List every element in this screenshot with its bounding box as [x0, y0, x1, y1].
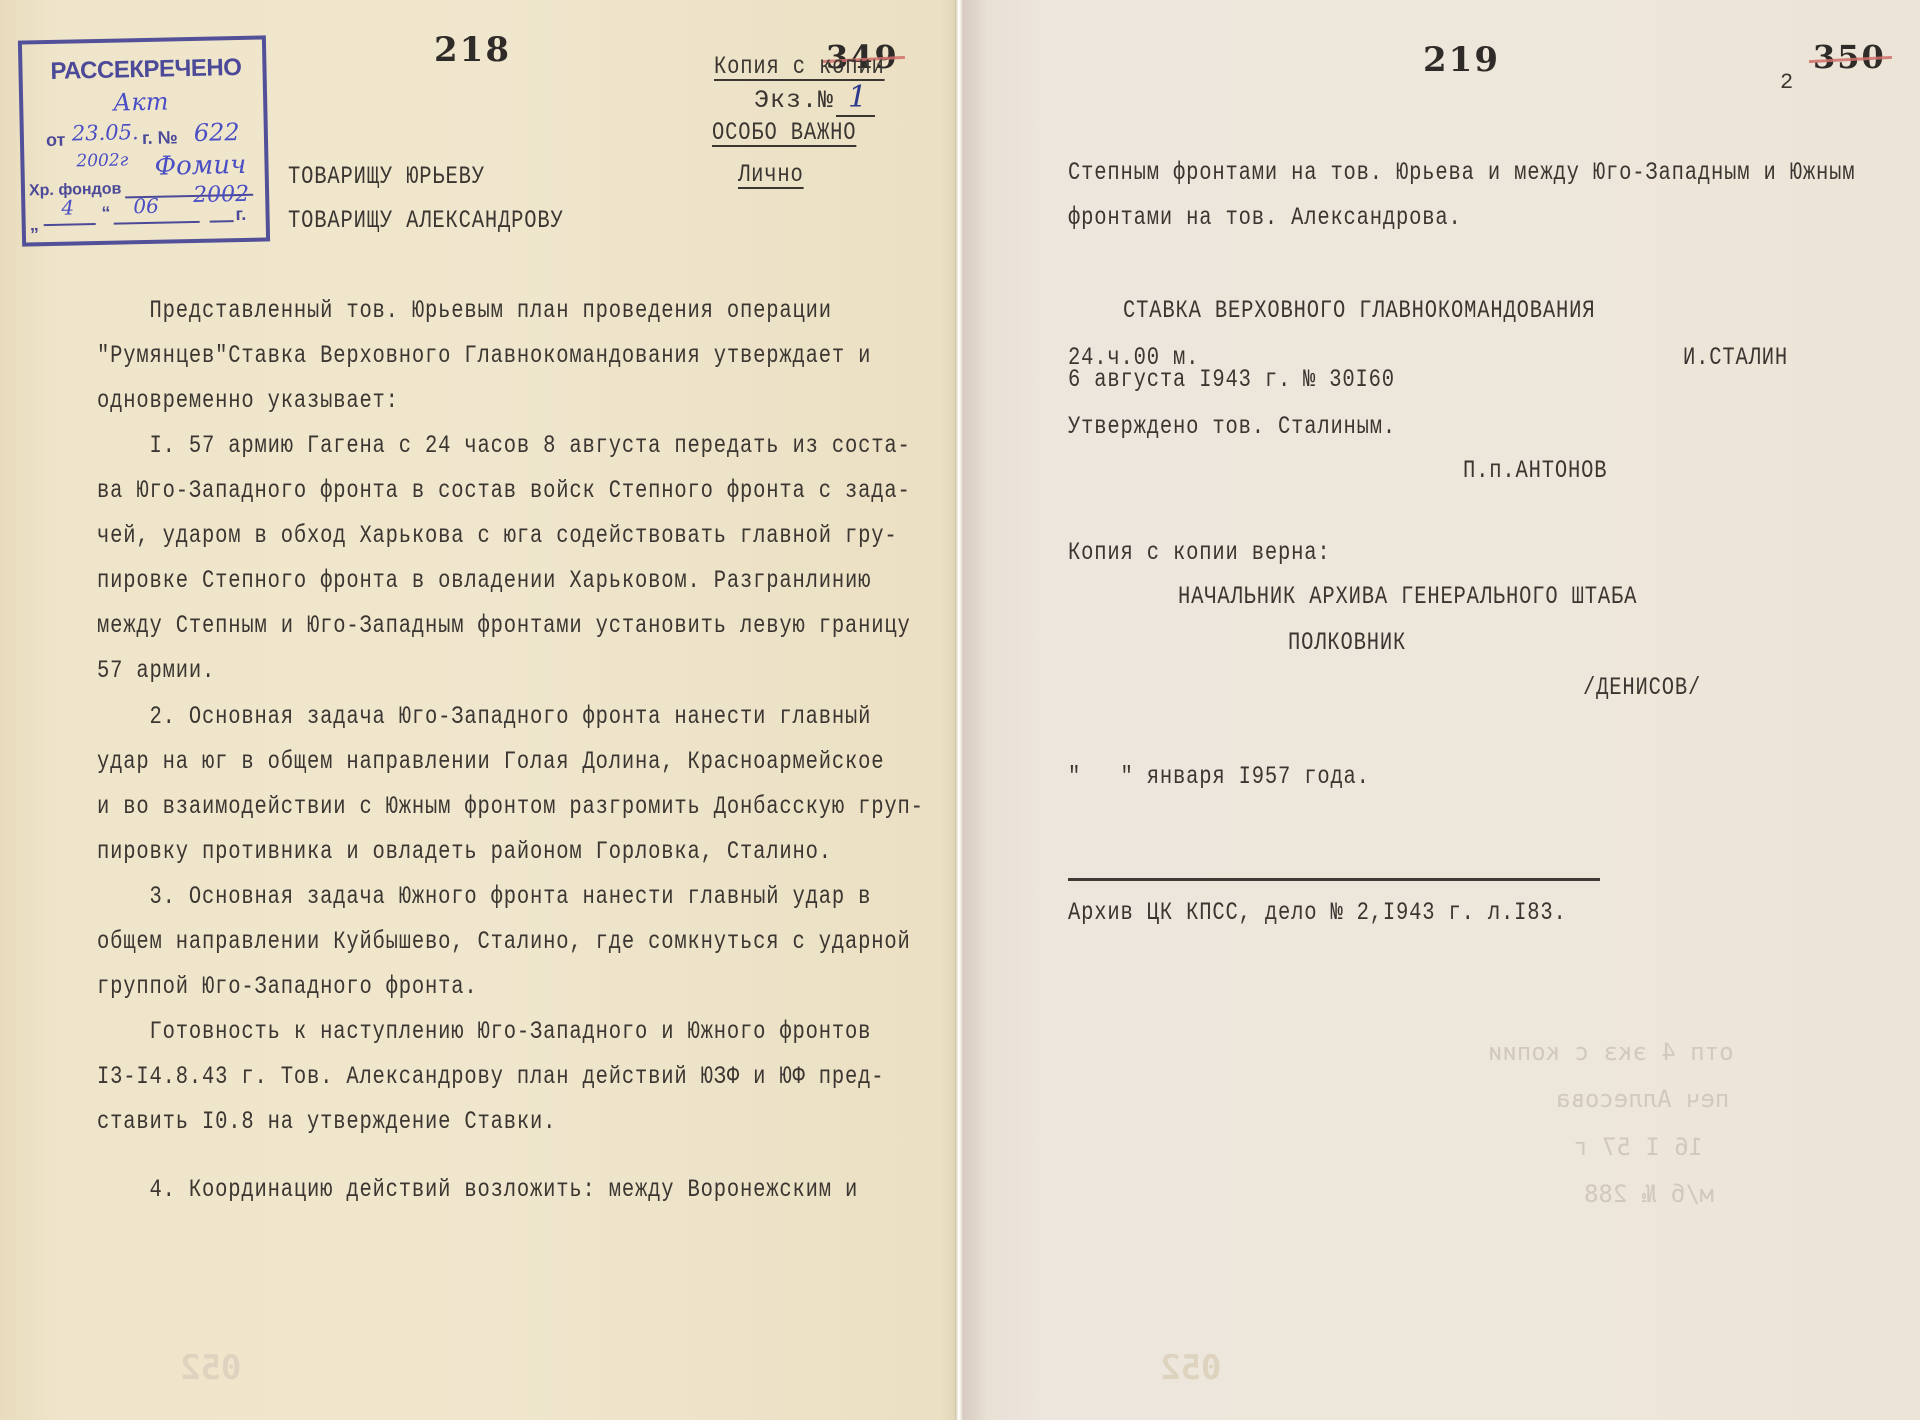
text-line: 3. Основная задача Южного фронта нанести… — [97, 882, 871, 911]
headquarters-title: СТАВКА ВЕРХОВНОГО ГЛАВНОКОМАНДОВАНИЯ — [1123, 296, 1595, 325]
stamp-year-handwritten: 2002г — [76, 150, 128, 171]
text-line: пировке Степного фронта в овладении Харь… — [97, 566, 871, 595]
text-line: чей, ударом в обход Харькова с юга содей… — [97, 521, 897, 550]
stamp-line — [210, 220, 234, 223]
sheet-number: 2 — [1780, 70, 1794, 95]
personal-label: Лично — [738, 160, 804, 189]
text-line: одновременно указывает: — [97, 386, 399, 415]
addressee-1: ТОВАРИЩУ ЮРЬЕВУ — [288, 162, 485, 191]
old-number-struck: 350 — [1813, 38, 1886, 76]
declassified-stamp: РАССЕКРЕЧЕНО Акт от 23.05. г. № 622 2002… — [18, 35, 270, 246]
text-line: Представленный тов. Юрьевым план проведе… — [97, 296, 832, 325]
bleed-through-text: м/б № 288 — [1584, 1180, 1714, 1208]
horizontal-rule — [1068, 878, 1600, 881]
stamp-act-handwritten: Акт — [113, 87, 169, 116]
bleed-through-text: печ Аллесова — [1556, 1085, 1729, 1113]
copy-number-row: Экз.№ 1 — [754, 86, 834, 115]
stamp-quote-close: “ — [101, 203, 110, 224]
page-gutter — [955, 0, 963, 1420]
archive-chief-title: НАЧАЛЬНИК АРХИВА ГЕНЕРАЛЬНОГО ШТАБА — [1178, 582, 1637, 611]
stamp-year-suffix: г. — [235, 204, 246, 225]
text-line: Готовность к наступлению Юго-Западного и… — [97, 1017, 871, 1046]
stamp-line — [44, 223, 96, 226]
left-page: РАССЕКРЕЧЕНО Акт от 23.05. г. № 622 2002… — [0, 0, 955, 1420]
date-line: 6 августа I943 г. — [1068, 365, 1291, 394]
text-line: пировку противника и овладеть районом Го… — [97, 837, 832, 866]
stamp-line — [114, 221, 200, 225]
stamp-title: РАССЕКРЕЧЕНО — [50, 54, 241, 86]
text-line: удар на юг в общем направлении Голая Дол… — [97, 747, 884, 776]
stamp-from-date: 23.05. — [72, 120, 139, 145]
page-number: 219 — [1423, 40, 1500, 80]
rank: ПОЛКОВНИК — [1288, 628, 1406, 657]
approved-line: Утверждено тов. Сталиным. — [1068, 412, 1396, 441]
stamp-day: 4 — [61, 195, 74, 219]
right-page: 219 2 350 Степным фронтами на тов. Юрьев… — [963, 0, 1920, 1420]
archive-reference: Архив ЦК КПСС, дело № 2,I943 г. л.I83. — [1068, 898, 1567, 927]
stamp-act-number: 622 — [194, 118, 240, 147]
text-line: и во взаимодействии с Южным фронтом разг… — [97, 792, 924, 821]
text-line: "Румянцев"Ставка Верховного Главнокоманд… — [97, 341, 871, 370]
text-line: 4. Координацию действий возложить: между… — [97, 1175, 858, 1204]
certification-date: " " января I957 года. — [1068, 762, 1370, 791]
text-line: ставить I0.8 на утверждение Ставки. — [97, 1107, 556, 1136]
text-line: I. 57 армию Гагена с 24 часов 8 августа … — [97, 431, 911, 460]
addressee-2: ТОВАРИЩУ АЛЕКСАНДРОВУ — [288, 206, 564, 235]
copy-number-value: 1 — [836, 80, 875, 117]
classification: ОСОБО ВАЖНО — [712, 118, 856, 147]
text-line: общем направлении Куйбышево, Сталино, гд… — [97, 927, 911, 956]
countersign: П.п.АНТОНОВ — [1463, 456, 1607, 485]
text-line: Степным фронтами на тов. Юрьева и между … — [1068, 158, 1855, 187]
text-line: между Степным и Юго-Западным фронтами ус… — [97, 611, 911, 640]
page-number: 218 — [434, 30, 511, 70]
certified-line: Копия с копии верна: — [1068, 538, 1330, 567]
stamp-custodian-label: Хр. фондов — [29, 180, 122, 200]
copy-of-copy-label: Копия с копии — [714, 52, 885, 81]
text-line: I3-I4.8.43 г. Тов. Александрову план дей… — [97, 1062, 884, 1091]
text-line: группой Юго-Западного фронта. — [97, 972, 478, 1001]
stamp-number-label: г. № — [142, 127, 178, 149]
text-line: 2. Основная задача Юго-Западного фронта … — [97, 702, 871, 731]
text-line: 57 армии. — [97, 656, 215, 685]
stamp-quote-open: „ — [30, 214, 39, 235]
stamp-from-label: от — [46, 130, 66, 151]
bleed-through-number: 052 — [1160, 1348, 1221, 1388]
stamp-month: 06 — [133, 194, 159, 219]
text-line: ва Юго-Западного фронта в состав войск С… — [97, 476, 911, 505]
copy-number-label: Экз.№ — [754, 86, 834, 115]
stamp-signature: Фомич — [154, 150, 246, 182]
chief-name: /ДЕНИСОВ/ — [1583, 673, 1701, 702]
text-line: фронтами на тов. Александрова. — [1068, 203, 1462, 232]
order-number: № 30I60 — [1303, 365, 1395, 394]
bleed-through-number: 052 — [180, 1348, 241, 1388]
bleed-through-text: отп 4 экз с копии — [1488, 1038, 1734, 1066]
bleed-through-text: 16 I 57 г — [1573, 1133, 1703, 1161]
signatory: И.СТАЛИН — [1683, 343, 1788, 372]
